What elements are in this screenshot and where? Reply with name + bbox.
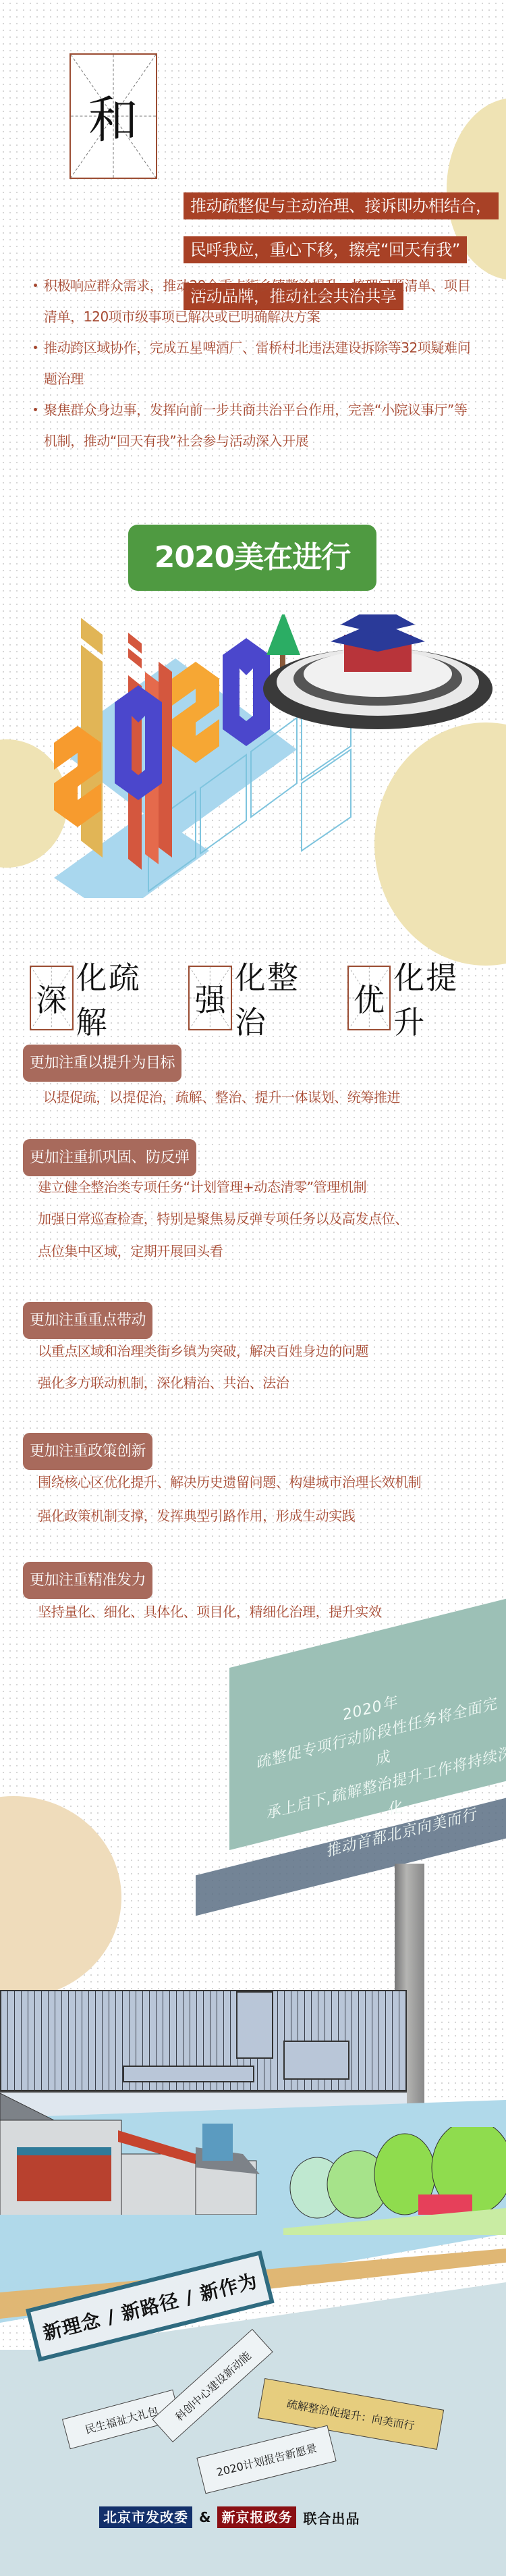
park-trees-illustration — [283, 2127, 506, 2235]
section-text: 建立健全整治类专项任务“计划管理+动态清零”管理机制 — [38, 1172, 366, 1203]
motto-strengthen: 强 化整治 — [188, 953, 329, 1043]
motto-text: 化疏解 — [76, 953, 171, 1043]
section-label-consolidate: 更加注重抓巩固、防反弹 — [23, 1139, 196, 1176]
motto-grid-box: 强 — [188, 966, 232, 1030]
intro-bar-1: 推动疏整促与主动治理、接诉即办相结合， — [184, 192, 499, 219]
modern-building — [0, 1990, 407, 2091]
section-text: 强化多方联动机制，深化精治、共治、法治 — [38, 1367, 289, 1398]
section-text: 强化政策机制支撑，发挥典型引路作用，形成生动实践 — [38, 1500, 355, 1531]
section-text: 以重点区域和治理类街乡镇为突破，解决百姓身边的问题 — [38, 1336, 368, 1367]
motto-grid-char: 深 — [36, 976, 67, 1020]
section-text: 坚持量化、细化、具体化、项目化，精细化治理，提升实效 — [38, 1596, 382, 1627]
section-text: 围绕核心区优化提升、解决历史遗留问题、构建城市治理长效机制 — [38, 1467, 421, 1498]
section-text: 以提促疏，以提促治，疏解、整治、提升一体谋划、统筹推进 — [43, 1082, 400, 1113]
motto-grid-char: 强 — [195, 976, 226, 1020]
intro-bullet: 聚焦群众身边事，发挥向前一步共商共治平台作用，完善“小院议事厅”等机制，推动“回… — [34, 394, 472, 456]
section-title-2020: 2020美在进行 — [128, 525, 376, 591]
decor-sand-circle-left — [0, 1796, 121, 1999]
hutong-house-illustration — [0, 2080, 263, 2215]
motto-text: 化整治 — [235, 953, 330, 1043]
motto-text: 化提升 — [393, 953, 488, 1043]
grid-char-box: 和 — [69, 53, 157, 179]
section-label-policy: 更加注重政策创新 — [23, 1433, 152, 1470]
motto-deepen: 深 化疏解 — [30, 953, 171, 1043]
isometric-2020-illustration — [40, 614, 506, 898]
credit-ampersand: & — [199, 2509, 210, 2525]
section-text: 加强日常巡查检查，特别是聚焦易反弹专项任务以及高发点位、 — [38, 1203, 408, 1234]
motto-row: 深 化疏解 强 化整治 优 化提升 — [30, 953, 506, 1043]
section-label-key-areas: 更加注重重点带动 — [23, 1302, 152, 1339]
section-label-precision: 更加注重精准发力 — [23, 1562, 152, 1599]
motto-grid-char: 优 — [354, 976, 385, 1020]
motto-optimize: 优 化提升 — [347, 953, 488, 1043]
intro-bar-2: 民呼我应，重心下移，擦亮“回天有我” — [184, 236, 467, 263]
motto-grid-box: 优 — [347, 966, 391, 1030]
credit-line: 北京市发改委 & 新京报政务 联合出品 — [99, 2506, 360, 2528]
motto-grid-box: 深 — [30, 966, 74, 1030]
credit-org-bjnews: 新京报政务 — [217, 2506, 296, 2528]
intro-bullet-list: 积极响应群众需求，推动29个重点街乡镇整治提升，梳理问题清单、项目清单，120项… — [34, 270, 472, 456]
intro-bullet: 积极响应群众需求，推动29个重点街乡镇整治提升，梳理问题清单、项目清单，120项… — [34, 270, 472, 332]
grid-char: 和 — [88, 80, 138, 152]
intro-bullet: 推动跨区域协作，完成五星啤酒厂、雷桥村北违法建设拆除等32项疑难问题治理 — [34, 332, 472, 394]
section-label-upgrade: 更加注重以提升为目标 — [23, 1045, 181, 1082]
section-text: 点位集中区域，定期开展回头看 — [38, 1236, 223, 1267]
credit-suffix: 联合出品 — [303, 2508, 360, 2527]
credit-org-ndrc: 北京市发改委 — [99, 2506, 192, 2528]
